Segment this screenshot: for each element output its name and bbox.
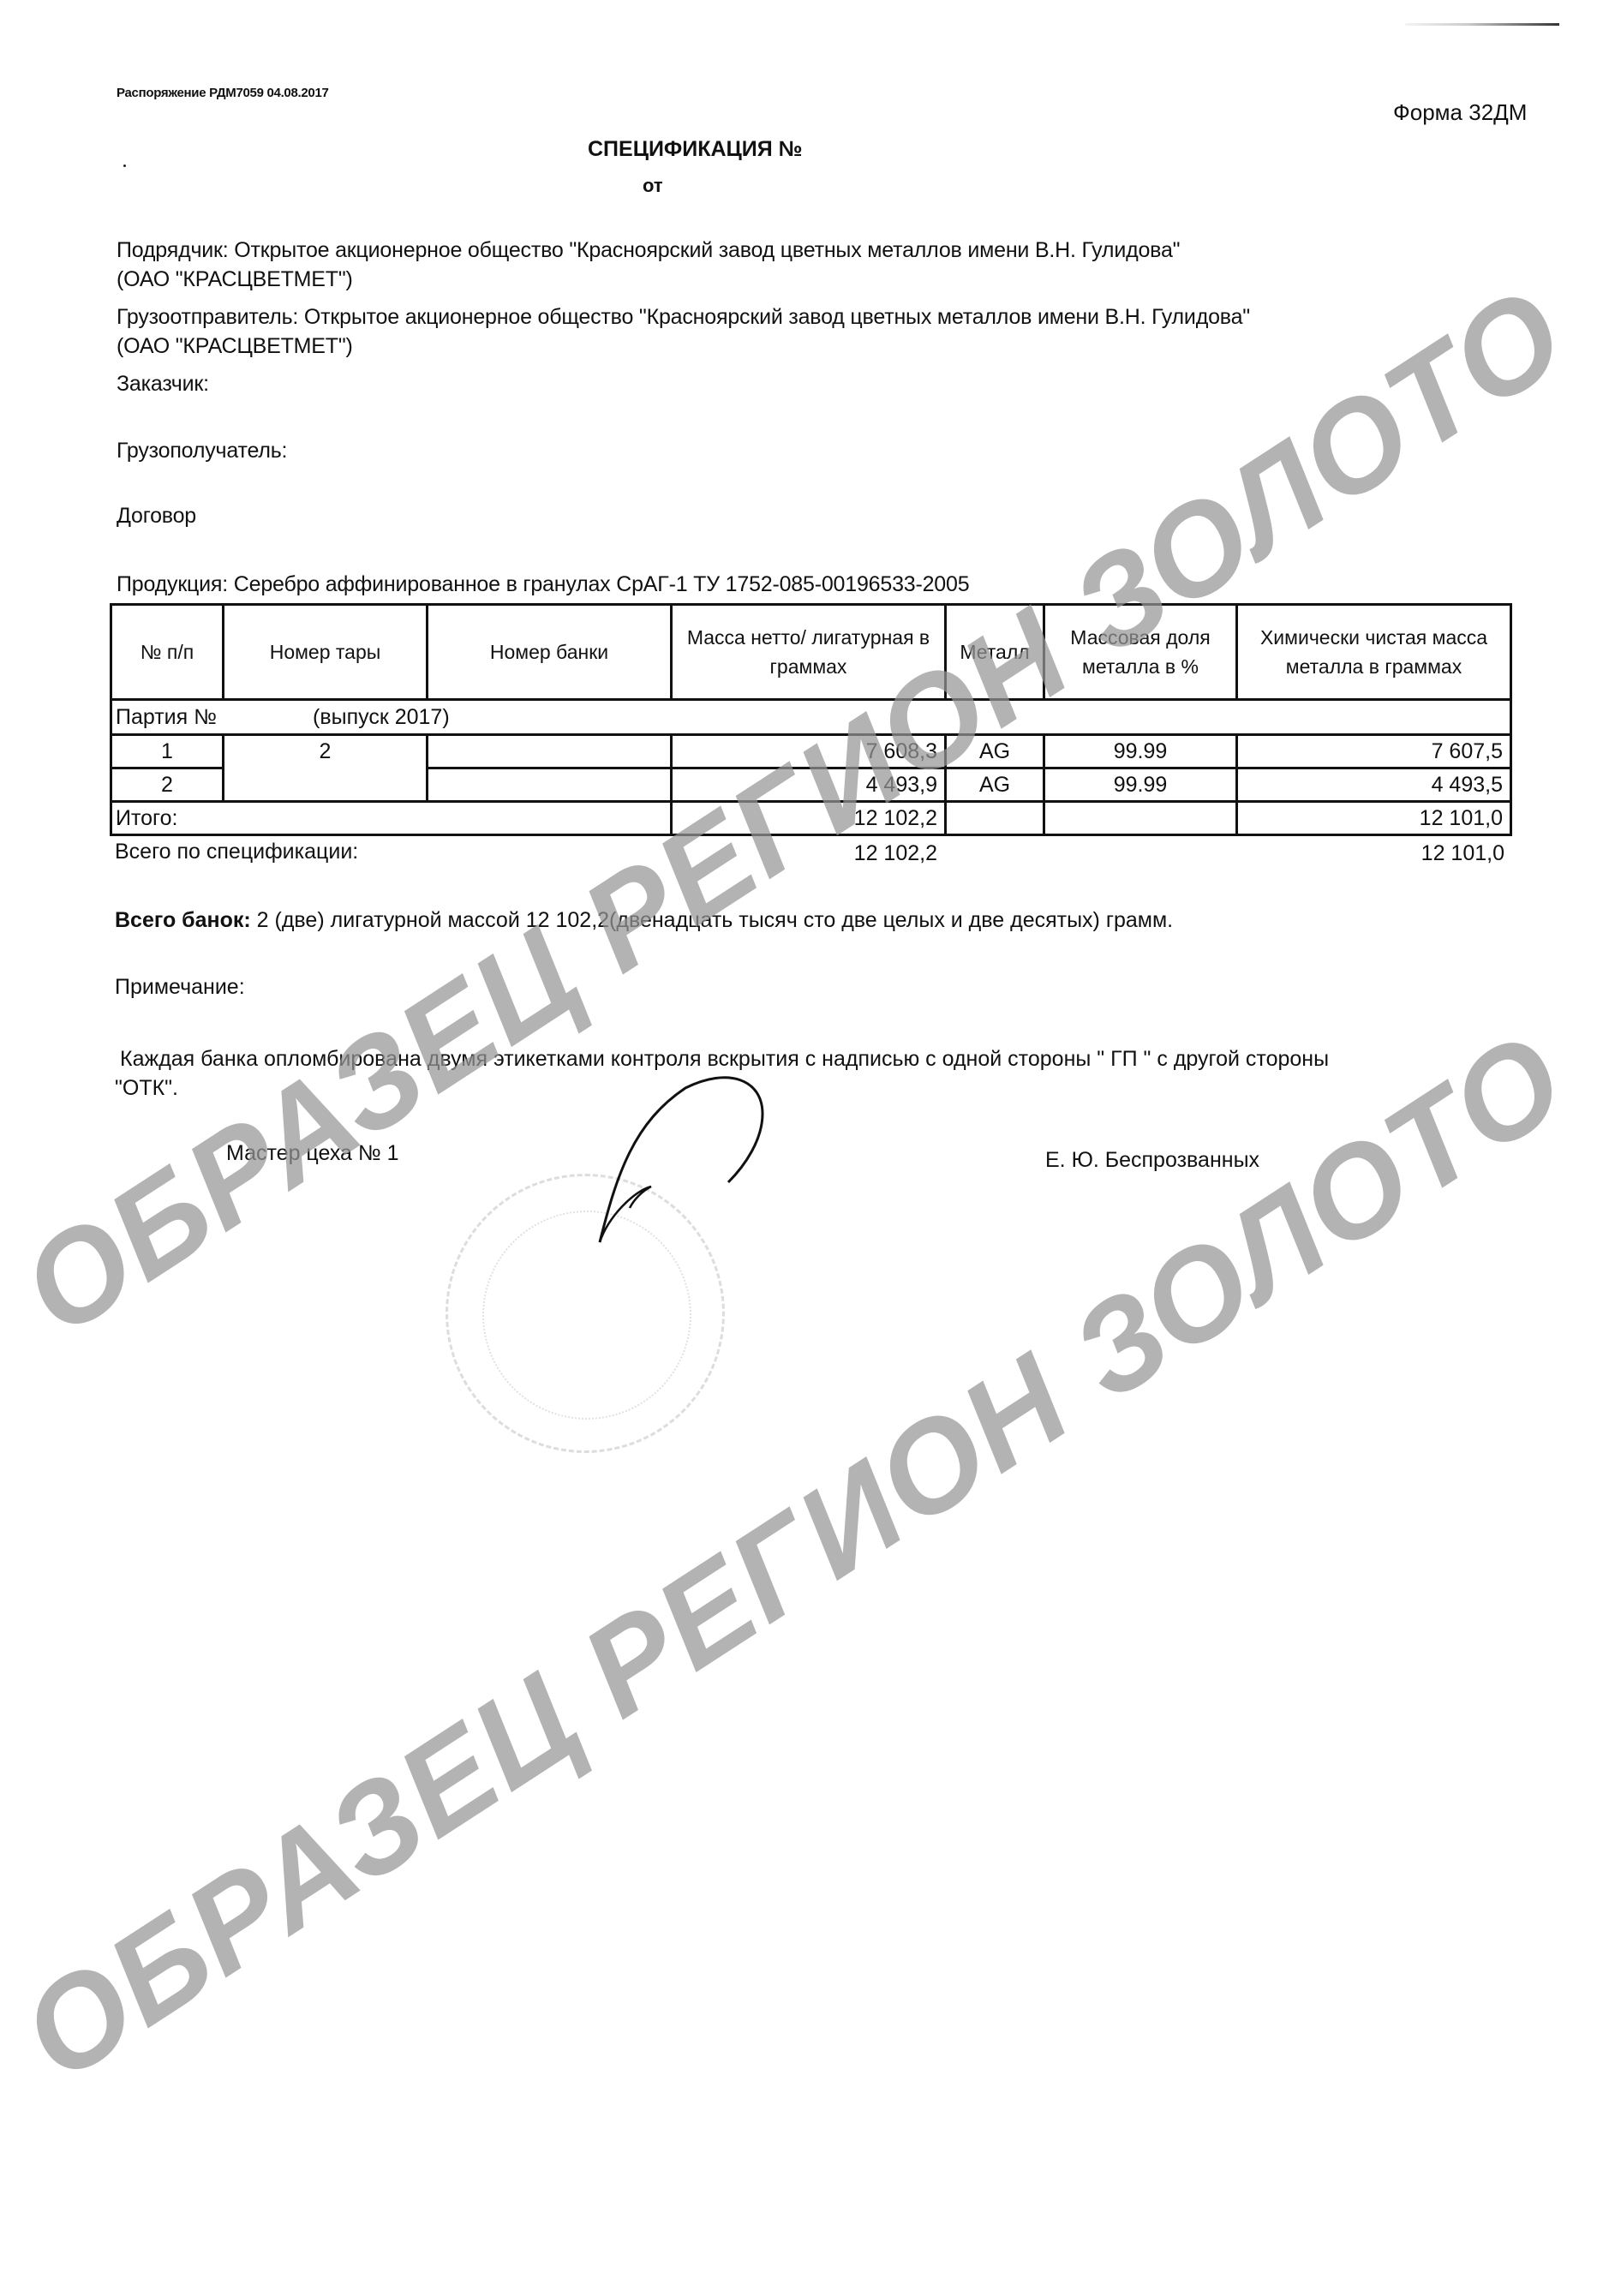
cell-container-number: 2 <box>224 735 428 802</box>
table-row: 1 2 7 608,3 AG 99.99 7 607,5 <box>111 735 1511 768</box>
order-reference: Распоряжение РДМ7059 04.08.2017 <box>117 86 329 100</box>
contractor-line: Подрядчик: Открытое акционерное общество… <box>117 238 1180 263</box>
cell-metal: AG <box>946 768 1044 802</box>
batch-release: (выпуск 2017) <box>313 705 450 729</box>
batch-row: Партия №(выпуск 2017) <box>111 700 1511 735</box>
cell-pure-mass: 7 607,5 <box>1237 735 1511 768</box>
watermark-sample: ОБРАЗЕЦ РЕГИОН ЗОЛОТО <box>0 1003 1590 2110</box>
grand-total-mass: 12 102,2 <box>831 841 937 866</box>
product-line: Продукция: Серебро аффинированное в гран… <box>117 572 969 597</box>
note-text: Каждая банка опломбирована двумя этикетк… <box>120 1047 1329 1072</box>
cell-metal: AG <box>946 735 1044 768</box>
total-fraction-empty <box>1044 802 1237 835</box>
note-text-continued: "ОТК". <box>115 1076 178 1101</box>
col-header-metal: Металл <box>946 605 1044 700</box>
scan-artifact-line <box>1405 23 1559 26</box>
document-date-label: от <box>643 175 663 197</box>
total-cans-summary: Всего банок: 2 (две) лигатурной массой 1… <box>115 908 1173 933</box>
cell-row-number: 2 <box>111 768 224 802</box>
grand-total-pure-mass: 12 101,0 <box>1388 841 1504 866</box>
cell-can-number <box>428 768 672 802</box>
signatory-name: Е. Ю. Беспрозванных <box>1045 1148 1259 1173</box>
shipper-short-name: (ОАО "КРАСЦВЕТМЕТ") <box>117 334 353 359</box>
cell-net-mass: 7 608,3 <box>672 735 946 768</box>
contractor-short-name: (ОАО "КРАСЦВЕТМЕТ") <box>117 267 353 292</box>
cell-net-mass: 4 493,9 <box>672 768 946 802</box>
total-cans-label: Всего банок: <box>115 908 251 932</box>
total-row: Итого: 12 102,2 12 101,0 <box>111 802 1511 835</box>
col-header-can-number: Номер банки <box>428 605 672 700</box>
col-header-net-mass: Масса нетто/ лигатурная в граммах <box>672 605 946 700</box>
seal-stamp-icon <box>446 1174 725 1453</box>
form-code: Форма 32ДМ <box>1393 99 1527 126</box>
specification-table: № п/п Номер тары Номер банки Масса нетто… <box>110 603 1512 836</box>
consignee-label: Грузополучатель: <box>117 439 287 463</box>
total-net-mass: 12 102,2 <box>672 802 946 835</box>
cell-row-number: 1 <box>111 735 224 768</box>
document-title: СПЕЦИФИКАЦИЯ № <box>588 137 803 162</box>
contract-label: Договор <box>117 504 196 529</box>
total-pure-mass: 12 101,0 <box>1237 802 1511 835</box>
table-header-row: № п/п Номер тары Номер банки Масса нетто… <box>111 605 1511 700</box>
total-cans-text: 2 (две) лигатурной массой 12 102,2(двена… <box>251 908 1173 932</box>
customer-label: Заказчик: <box>117 372 209 397</box>
signatory-role: Мастер цеха № 1 <box>226 1141 399 1166</box>
col-header-container-number: Номер тары <box>224 605 428 700</box>
col-header-row-number: № п/п <box>111 605 224 700</box>
shipper-line: Грузоотправитель: Открытое акционерное о… <box>117 305 1250 330</box>
total-metal-empty <box>946 802 1044 835</box>
cell-pure-mass: 4 493,5 <box>1237 768 1511 802</box>
col-header-mass-fraction: Массовая доля металла в % <box>1044 605 1237 700</box>
note-label: Примечание: <box>115 975 245 1000</box>
col-header-pure-mass: Химически чистая масса металла в граммах <box>1237 605 1511 700</box>
batch-label: Партия № <box>116 702 313 732</box>
total-label: Итого: <box>111 802 672 835</box>
scan-dot <box>123 164 126 167</box>
cell-can-number <box>428 735 672 768</box>
cell-mass-fraction: 99.99 <box>1044 768 1237 802</box>
cell-mass-fraction: 99.99 <box>1044 735 1237 768</box>
grand-total-label: Всего по спецификации: <box>115 840 358 864</box>
